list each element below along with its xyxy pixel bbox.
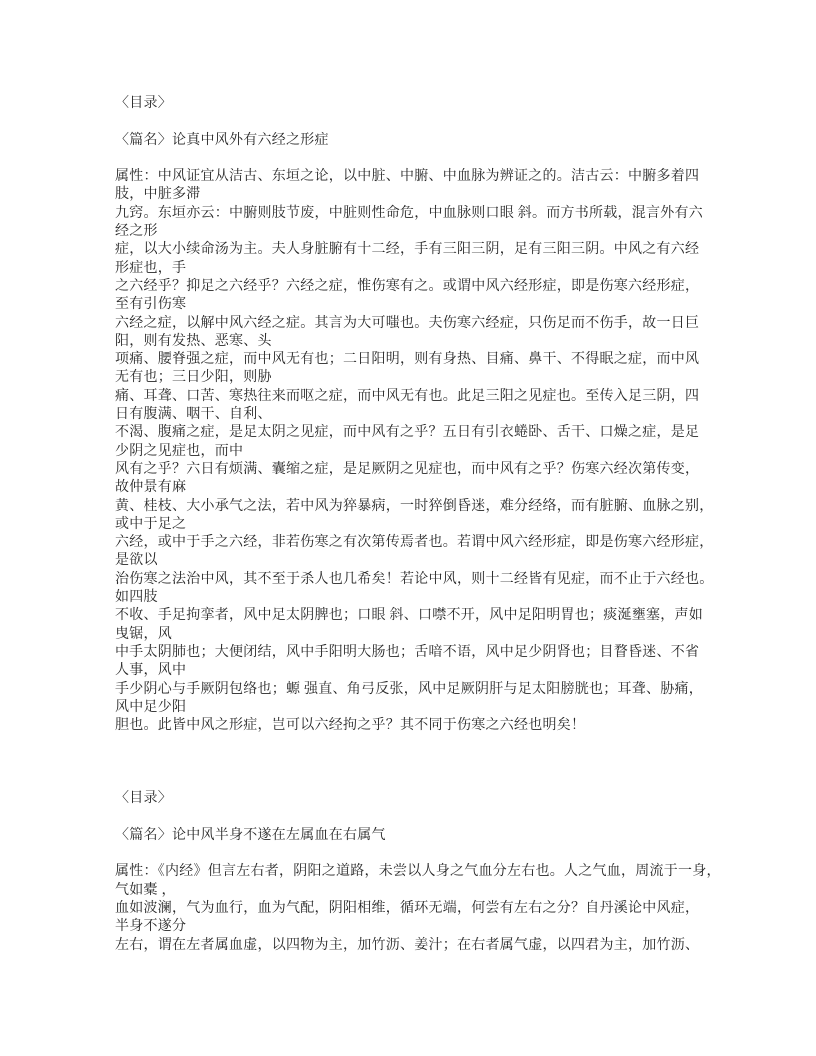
text-line: 少阴之见症也，而中 <box>115 443 705 461</box>
text-line: 是欲以 <box>115 552 705 570</box>
text-line: 黄、桂枝、大小承气之法，若中风为猝暴病，一时猝倒昏迷，难分经络，而有脏腑、血脉之… <box>115 498 705 516</box>
text-line: 症，以大小续命汤为主。夫人身脏腑有十二经，手有三阳三阴，足有三阳三阴。中风之有六… <box>115 241 705 259</box>
text-line: 属性：《内经》但言左右者，阴阳之道路，未尝以人身之气血分左右也。人之气血，周流于… <box>115 863 705 881</box>
text-line: 左右，谓在左者属血虚，以四物为主，加竹沥、姜汁；在右者属气虚，以四君为主，加竹沥… <box>115 937 705 955</box>
text-line: 肢，中脏多滞 <box>115 186 705 204</box>
text-line: 血如波澜，气为血行，血为气配，阴阳相维，循环无端，何尝有左右之分？自丹溪论中风症… <box>115 900 705 918</box>
text-line: 形症也，手 <box>115 260 705 278</box>
text-line: 经之形 <box>115 223 705 241</box>
text-line: 半身不遂分 <box>115 918 705 936</box>
blank-line <box>115 735 705 753</box>
text-line: 风有之乎？六日有烦满、囊缩之症，是足厥阴之见症也，而中风有之乎？伤寒六经次第传变… <box>115 461 705 479</box>
text-line: 胆也。此皆中风之形症，岂可以六经拘之乎？其不同于伤寒之六经也明矣！ <box>115 717 705 735</box>
document-content: 〈目录〉 〈篇名〉论真中风外有六经之形症 属性：中风证宜从洁古、东垣之论，以中脏… <box>115 95 705 955</box>
text-line: 人事，风中 <box>115 662 705 680</box>
text-line: 阳，则有发热、恶寒、头 <box>115 333 705 351</box>
text-line: 无有也；三日少阳，则胁 <box>115 369 705 387</box>
text-line: 中手太阴肺也；大便闭结，风中手阳明大肠也；舌喑不语，风中足少阴肾也；目瞀昏迷、不… <box>115 644 705 662</box>
toc-marker: 〈目录〉 <box>115 790 705 808</box>
blank-line <box>115 754 705 772</box>
text-line: 九窍。东垣亦云：中腑则肢节废，中脏则性命危，中血脉则口眼 斜。而方书所载，混言外… <box>115 205 705 223</box>
blank-line <box>115 150 705 168</box>
text-line: 气如橐 ， <box>115 882 705 900</box>
text-line: 手少阴心与手厥阴包络也；螈 强直、角弓反张，风中足厥阴肝与足太阳膀胱也；耳聋、胁… <box>115 681 705 699</box>
document-page: 〈目录〉 〈篇名〉论真中风外有六经之形症 属性：中风证宜从洁古、东垣之论，以中脏… <box>0 0 816 1056</box>
text-line: 项痛、腰脊强之症，而中风无有也；二日阳明，则有身热、目痛、鼻干、不得眠之症，而中… <box>115 351 705 369</box>
section-title: 〈篇名〉论真中风外有六经之形症 <box>115 132 705 150</box>
blank-line <box>115 113 705 131</box>
blank-line <box>115 845 705 863</box>
blank-line <box>115 809 705 827</box>
text-line: 故仲景有麻 <box>115 479 705 497</box>
text-line: 或中于足之 <box>115 516 705 534</box>
text-line: 风中足少阳 <box>115 699 705 717</box>
toc-marker: 〈目录〉 <box>115 95 705 113</box>
text-line: 至有引伤寒 <box>115 296 705 314</box>
text-line: 之六经乎？抑足之六经乎？六经之症，惟伤寒有之。或谓中风六经形症，即是伤寒六经形症… <box>115 278 705 296</box>
text-line: 六经，或中于手之六经，非若伤寒之有次第传焉者也。若谓中风六经形症，即是伤寒六经形… <box>115 534 705 552</box>
text-line: 日有腹满、咽干、自利、 <box>115 406 705 424</box>
text-line: 治伤寒之法治中风，其不至于杀人也几希矣！若论中风，则十二经皆有见症，而不止于六经… <box>115 571 705 589</box>
text-line: 属性：中风证宜从洁古、东垣之论，以中脏、中腑、中血脉为辨证之的。洁古云：中腑多着… <box>115 168 705 186</box>
text-line: 六经之症，以解中风六经之症。其言为大可嗤也。夫伤寒六经症，只伤足而不伤手，故一日… <box>115 315 705 333</box>
text-line: 痛、耳聋、口苦、寒热往来而呕之症，而中风无有也。此足三阳之见症也。至传入足三阴，… <box>115 388 705 406</box>
section-title: 〈篇名〉论中风半身不遂在左属血在右属气 <box>115 827 705 845</box>
text-line: 不收、手足拘挛者，风中足太阴脾也；口眼 斜、口噤不开，风中足阳明胃也；痰涎壅塞，… <box>115 607 705 625</box>
text-line: 曳锯，风 <box>115 626 705 644</box>
blank-line <box>115 772 705 790</box>
text-line: 不渴、腹痛之症，是足太阴之见症，而中风有之乎？五日有引衣蜷卧、舌干、口燥之症，是… <box>115 424 705 442</box>
text-line: 如四肢 <box>115 589 705 607</box>
